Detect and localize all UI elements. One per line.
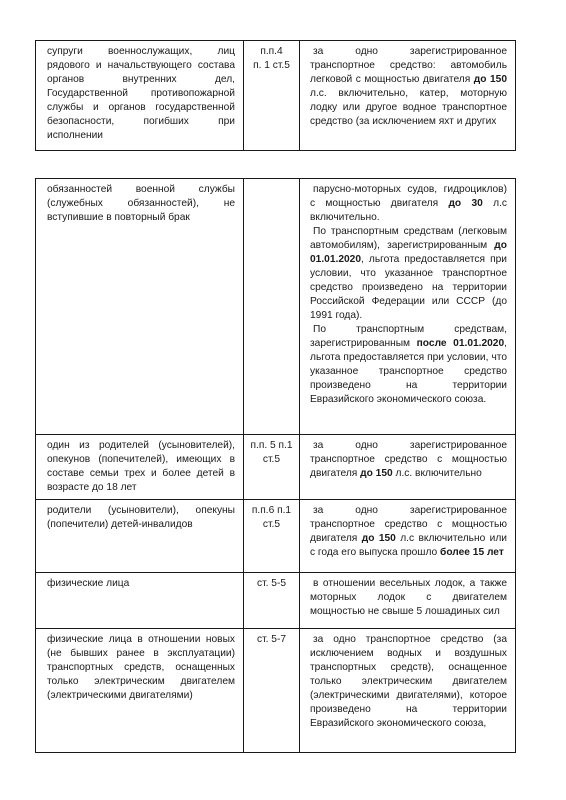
law-article-line: ст. 5-7 (248, 633, 295, 647)
emphasis-text: более 15 лет (440, 547, 504, 558)
condition-paragraph: за одно зарегистрированное транспортное … (310, 504, 507, 560)
law-article-line: п.п. 5 п.1 (248, 439, 295, 453)
emphasis-text: до 150 (360, 468, 393, 479)
condition-paragraph: за одно транспортное средство (за исключ… (310, 633, 507, 731)
condition-text: за одно транспортное средство (за исключ… (310, 634, 507, 729)
taxpayer-category-cell: один из родителей (усыновителей), опекун… (36, 435, 244, 500)
benefit-conditions-cell: за одно транспортное средство (за исключ… (300, 629, 516, 753)
condition-text: л.с. включительно (393, 468, 482, 479)
law-article-cell: п.п.4п. 1 ст.5 (244, 41, 300, 151)
emphasis-text: до 150 (474, 74, 507, 85)
taxpayer-category-cell: супруги военнослужащих, лиц рядового и н… (36, 41, 244, 151)
law-article-cell: п.п. 5 п.1ст.5 (244, 435, 300, 500)
table-row: физические лица в отношении новых (не бы… (36, 629, 516, 753)
law-article-cell: ст. 5-7 (244, 629, 300, 753)
benefit-conditions-cell: за одно зарегистрированное транспортное … (300, 41, 516, 151)
table-row: супруги военнослужащих, лиц рядового и н… (36, 41, 516, 151)
taxpayer-category-cell: родители (усыновители), опекуны (попечит… (36, 500, 244, 573)
condition-paragraph: за одно зарегистрированное транспортное … (310, 439, 507, 481)
emphasis-text: до 30 (448, 198, 482, 209)
law-article-line: п. 1 ст.5 (248, 59, 295, 73)
taxpayer-category-cell: физические лица в отношении новых (не бы… (36, 629, 244, 753)
law-article-line: п.п.4 (248, 45, 295, 59)
law-article-line: п.п.6 п.1 (248, 504, 295, 518)
emphasis-text: после 01.01.2020 (417, 338, 505, 349)
condition-paragraph: По транспортным средствам, зарегистриров… (310, 323, 507, 407)
law-article-line: ст. 5-5 (248, 577, 295, 591)
taxpayer-category-cell: обязанностей военной службы (служебных о… (36, 179, 244, 435)
law-article-line: ст.5 (248, 518, 295, 532)
table-row: обязанностей военной службы (служебных о… (36, 179, 516, 435)
condition-paragraph: в отношении весельных лодок, а также мот… (310, 577, 507, 619)
benefit-conditions-cell: парусно-моторных судов, гидроциклов) с м… (300, 179, 516, 435)
table-row: родители (усыновители), опекуны (попечит… (36, 500, 516, 573)
table-row: один из родителей (усыновителей), опекун… (36, 435, 516, 500)
condition-text: в отношении весельных лодок, а также мот… (310, 578, 507, 617)
benefit-conditions-cell: за одно зарегистрированное транспортное … (300, 500, 516, 573)
condition-text: л.с. включительно, катер, моторную лодку… (310, 88, 507, 127)
table-row: физические лицаст. 5-5в отношении весель… (36, 573, 516, 629)
benefits-table: обязанностей военной службы (служебных о… (35, 178, 516, 753)
condition-paragraph: По транспортным средствам (легковым авто… (310, 225, 507, 323)
law-article-cell: п.п.6 п.1ст.5 (244, 500, 300, 573)
condition-paragraph: за одно зарегистрированное транспортное … (310, 45, 507, 129)
law-article-line: ст.5 (248, 453, 295, 467)
taxpayer-category-cell: физические лица (36, 573, 244, 629)
emphasis-text: до 150 (362, 533, 396, 544)
condition-text: По транспортным средствам (легковым авто… (310, 226, 507, 251)
benefit-conditions-cell: в отношении весельных лодок, а также мот… (300, 573, 516, 629)
benefits-table-continued: супруги военнослужащих, лиц рядового и н… (35, 40, 516, 151)
law-article-cell (244, 179, 300, 435)
benefit-conditions-cell: за одно зарегистрированное транспортное … (300, 435, 516, 500)
law-article-cell: ст. 5-5 (244, 573, 300, 629)
condition-paragraph: парусно-моторных судов, гидроциклов) с м… (310, 183, 507, 225)
